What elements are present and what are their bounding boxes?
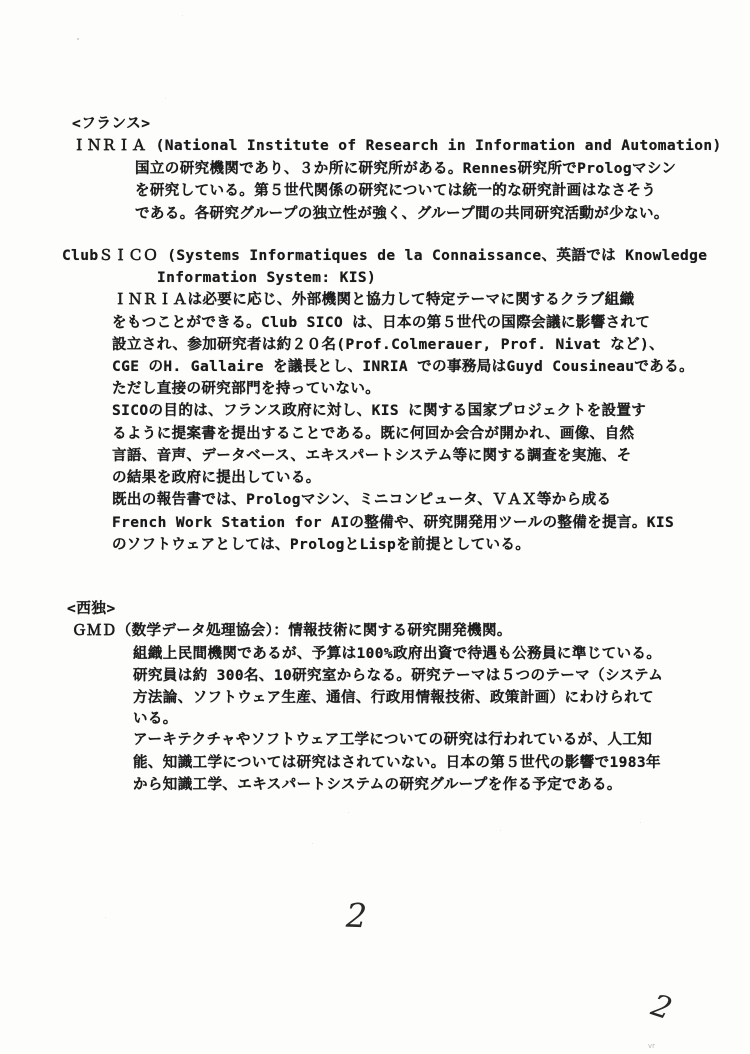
org-title-gmd: ＧＭＤ（数学データ処理協会）：情報技術に関する研究開発機関。 <box>72 623 512 640</box>
org-title-inria: ＩＮＲＩＡ (National Institute of Research in… <box>72 138 722 155</box>
scan-speck <box>105 917 106 918</box>
body-line: 既出の報告書では、Prologマシン、ミニコンピュータ、ＶＡＸ等から成る <box>112 492 611 509</box>
body-line: 言語、音声、データベース、エキスパートシステム等に関する調査を実施、そ <box>112 448 631 465</box>
body-line: French Work Station for AIの整備や、研究開発用ツールの… <box>112 515 674 532</box>
body-line: を研究している。第５世代関係の研究については統一的な研究計画はなさそう <box>135 183 656 200</box>
handwritten-page-number: 2 <box>345 896 367 936</box>
body-line: 設立され、参加研究者は約２０名(Prof.Colmerauer, Prof. N… <box>112 337 664 354</box>
body-line: 研究員は約 300名、10研究室からなる。研究テーマは５つのテーマ（システム <box>133 668 663 685</box>
scan-speck <box>312 843 313 844</box>
body-line: ＩＮＲＩＡは必要に応じ、外部機関と協力して特定テーマに関するクラブ組織 <box>113 292 635 309</box>
body-line: 組織上民間機関であるが、予算は100%政府出資で待遇も公務員に準じている。 <box>133 646 661 663</box>
body-line: アーキテクチャやソフトウェア工学についての研究は行われているが、人工知 <box>133 732 652 749</box>
body-line: ただし直接の研究部門を持っていない。 <box>112 381 380 398</box>
body-line: 能、知識工学については研究はされていない。日本の第５世代の影響で1983年 <box>133 755 661 772</box>
body-line: いる。 <box>133 711 178 728</box>
org-title-club-sico-continuation: Information System: KIS) <box>157 270 376 287</box>
section-heading-west-germany: <西独> <box>67 601 116 618</box>
scan-speck <box>348 812 349 813</box>
scan-speck <box>77 38 79 40</box>
scan-speck <box>640 822 641 823</box>
org-title-club-sico: ClubＳＩＣＯ (Systems Informatiques de la Co… <box>62 248 707 265</box>
scan-speck <box>182 15 183 16</box>
scanned-document-page: <フランス> ＩＮＲＩＡ (National Institute of Rese… <box>0 0 750 1054</box>
body-line: SICOの目的は、フランス政府に対し、KIS に関する国家プロジェクトを設置す <box>112 403 646 420</box>
scan-speck <box>165 98 166 99</box>
handwritten-corner-number: 2 <box>647 988 676 1027</box>
body-line: 国立の研究機関であり、３か所に研究所がある。Rennes研究所でPrologマシ… <box>135 161 676 178</box>
section-heading-france: <フランス> <box>72 116 151 133</box>
body-line: をもつことができる。Club SICO は、日本の第５世代の国際会議に影響されて <box>112 315 650 332</box>
scan-edge-artifact: vr <box>648 1042 655 1050</box>
body-line: CGE のH. Gallaire を議長とし、INRIA での事務局はGuyd … <box>112 359 694 376</box>
body-line: から知識工学、エキスパートシステムの研究グループを作る予定である。 <box>133 777 622 794</box>
scan-speck <box>500 830 501 831</box>
body-line: 方法論、ソフトウェア生産、通信、行政用情報技術、政策計画）にわけられて <box>133 690 654 707</box>
body-line: の結果を政府に提出している。 <box>112 470 321 487</box>
body-line: のソフトウェアとしては、PrologとLispを前提としている。 <box>112 537 530 554</box>
body-line: である。各研究グループの独立性が強く、グループ間の共同研究活動が少ない。 <box>135 206 669 223</box>
body-line: るように提案書を提出することである。既に何回か会合が開かれ、画像、自然 <box>112 426 634 443</box>
